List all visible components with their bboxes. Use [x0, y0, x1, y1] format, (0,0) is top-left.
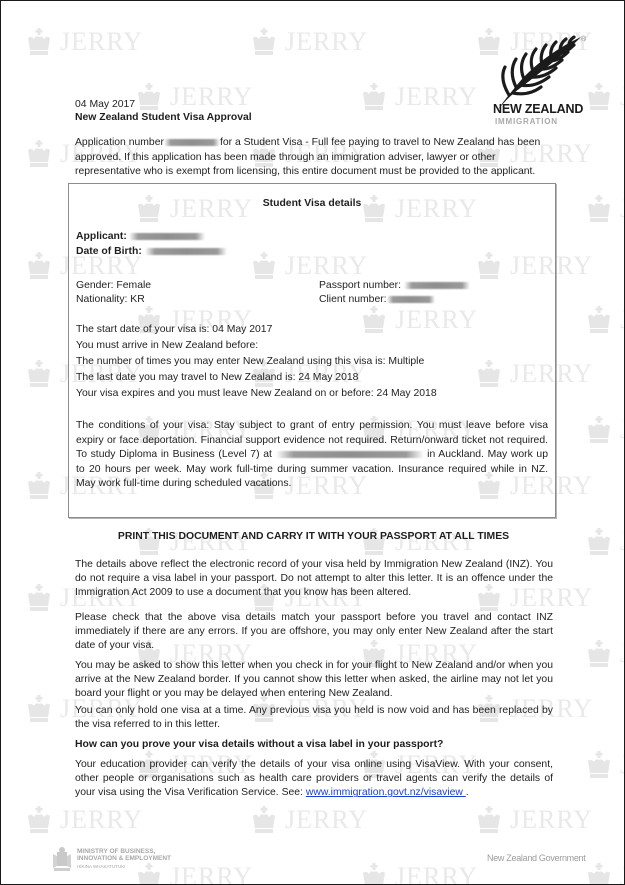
visa-approval-letter: JERRYJERRYJERRYJERRYJERRYJERRYJERRYJERRY… — [0, 0, 625, 885]
visaview-answer: Your education provider can verify the d… — [75, 758, 553, 801]
gender-field: Gender: Female — [76, 279, 151, 294]
details-heading: Student Visa details — [69, 197, 555, 212]
logo-subtitle: IMMIGRATION — [495, 117, 558, 126]
redacted-dob — [145, 248, 227, 255]
nationality-field: Nationality: KR — [76, 293, 145, 308]
redacted-client-number — [387, 296, 435, 303]
visa-conditions: The conditions of your visa: Stay subjec… — [76, 419, 548, 492]
last-travel-date: The last date you may travel to New Zeal… — [76, 371, 358, 386]
notice-paragraph-2: Please check that the above visa details… — [75, 611, 553, 654]
visa-expiry-date: Your visa expires and you must leave New… — [76, 387, 437, 402]
ministry-logo: MINISTRY OF BUSINESS, INNOVATION & EMPLO… — [51, 846, 171, 872]
redacted-passport — [404, 282, 470, 289]
redacted-applicant — [129, 233, 205, 240]
student-visa-details-box: Student Visa details Applicant: Date of … — [68, 183, 556, 518]
client-field: Client number: — [319, 293, 435, 308]
arrival-deadline: You must arrive in New Zealand before: — [76, 339, 258, 354]
entry-count: The number of times you may enter New Ze… — [76, 355, 424, 370]
visaview-question: How can you prove your visa details with… — [75, 738, 553, 752]
notice-paragraph-3: You may be asked to show this letter whe… — [75, 659, 553, 702]
notice-paragraph-1: The details above reflect the electronic… — [75, 558, 553, 601]
visa-start-date: The start date of your visa is: 04 May 2… — [76, 323, 272, 338]
visaview-link[interactable]: www.immigration.govt.nz/visaview — [306, 787, 466, 798]
applicant-field: Applicant: — [76, 230, 205, 245]
nz-government-logo: New Zealand Government — [487, 853, 585, 863]
print-notice-heading: PRINT THIS DOCUMENT AND CARRY IT WITH YO… — [1, 530, 625, 545]
nz-coat-of-arms-icon — [51, 846, 73, 872]
dob-field: Date of Birth: — [76, 245, 227, 260]
letter-title: New Zealand Student Visa Approval — [75, 111, 252, 126]
redacted-institution — [276, 451, 424, 458]
intro-paragraph: Application numberfor a Student Visa - F… — [75, 136, 555, 180]
registered-mark: ® — [581, 36, 586, 43]
notice-paragraph-4: You can only hold one visa at a time. An… — [75, 704, 553, 732]
logo-wordmark: NEW ZEALAND — [493, 102, 583, 116]
redacted-application-number — [164, 139, 220, 146]
passport-field: Passport number: — [319, 279, 470, 294]
